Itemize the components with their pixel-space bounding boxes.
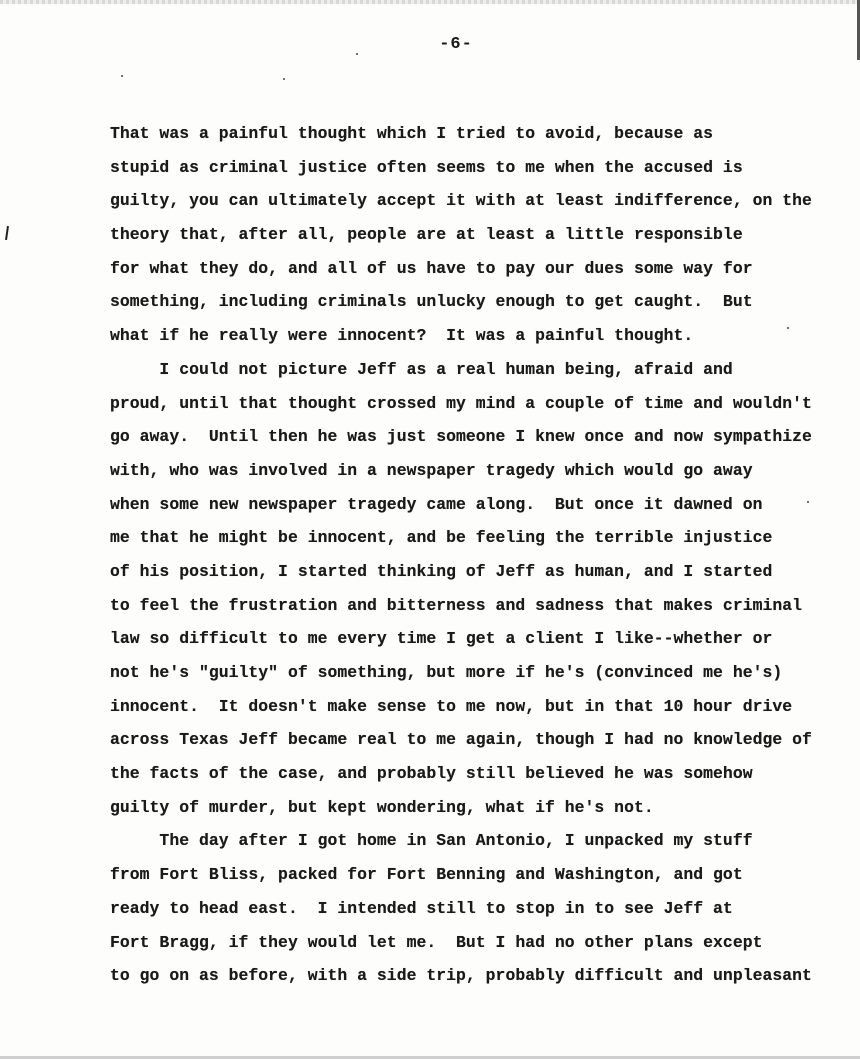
text-line: something, including criminals unlucky e… <box>110 285 860 319</box>
text-line: the facts of the case, and probably stil… <box>110 757 860 791</box>
text-line: That was a painful thought which I tried… <box>110 117 860 151</box>
scan-speck <box>283 78 285 80</box>
margin-pen-mark <box>5 226 9 240</box>
text-line: to feel the frustration and bitterness a… <box>110 589 860 623</box>
text-line: of his position, I started thinking of J… <box>110 555 860 589</box>
text-line: for what they do, and all of us have to … <box>110 252 860 286</box>
text-line: from Fort Bliss, packed for Fort Benning… <box>110 858 860 892</box>
text-line: The day after I got home in San Antonio,… <box>110 824 860 858</box>
scan-top-edge <box>0 0 860 4</box>
text-line: theory that, after all, people are at le… <box>110 218 860 252</box>
text-line: ready to head east. I intended still to … <box>110 892 860 926</box>
text-line: when some new newspaper tragedy came alo… <box>110 488 860 522</box>
scan-speck <box>121 75 123 77</box>
text-line: guilty, you can ultimately accept it wit… <box>110 184 860 218</box>
typewritten-body: That was a painful thought which I tried… <box>110 117 860 993</box>
text-line: not he's "guilty" of something, but more… <box>110 656 860 690</box>
text-line: law so difficult to me every time I get … <box>110 622 860 656</box>
text-line: me that he might be innocent, and be fee… <box>110 521 860 555</box>
text-line: stupid as criminal justice often seems t… <box>110 151 860 185</box>
text-line: Fort Bragg, if they would let me. But I … <box>110 926 860 960</box>
text-line: proud, until that thought crossed my min… <box>110 387 860 421</box>
text-line: what if he really were innocent? It was … <box>110 319 860 353</box>
text-line: with, who was involved in a newspaper tr… <box>110 454 860 488</box>
text-line: innocent. It doesn't make sense to me no… <box>110 690 860 724</box>
text-line: across Texas Jeff became real to me agai… <box>110 723 860 757</box>
text-line: I could not picture Jeff as a real human… <box>110 353 860 387</box>
text-line: to go on as before, with a side trip, pr… <box>110 959 860 993</box>
text-line: guilty of murder, but kept wondering, wh… <box>110 791 860 825</box>
page-number: -6- <box>0 35 860 54</box>
text-line: go away. Until then he was just someone … <box>110 420 860 454</box>
